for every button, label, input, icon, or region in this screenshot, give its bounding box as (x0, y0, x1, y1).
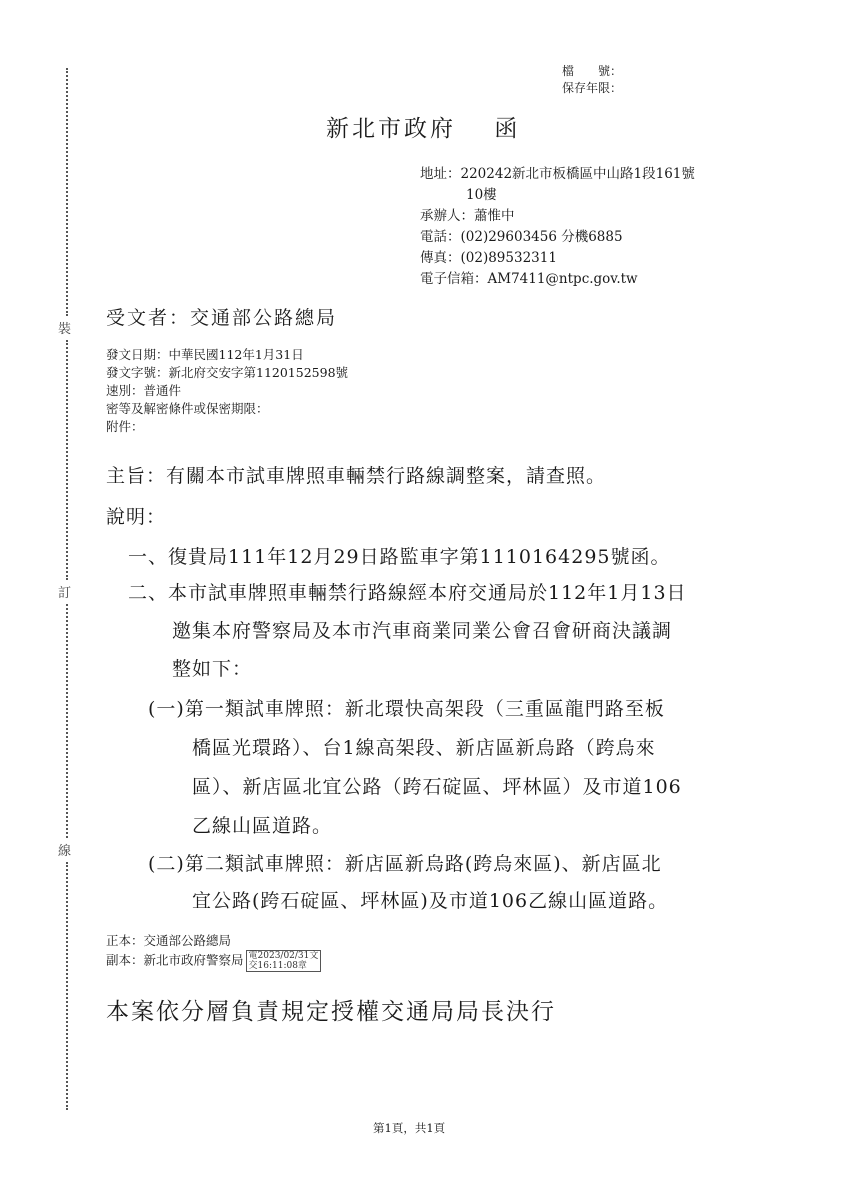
address-line-1: 地址：220242新北市板橋區中山路1段161號 (420, 164, 695, 185)
speed-class: 速別：普通件 (106, 382, 348, 400)
recipient: 受文者：交通部公路總局 (106, 303, 337, 330)
meta-block: 發文日期：中華民國112年1月31日 發文字號：新北府交安字第112015259… (106, 346, 348, 436)
explanation-item-2-line-3: 整如下： (172, 654, 252, 681)
explanation-label: 說明： (106, 502, 166, 529)
contact-block: 地址：220242新北市板橋區中山路1段161號 10樓 承辦人：蕭惟中 電話：… (420, 164, 695, 290)
duplicate-recipient: 副本：新北市政府警察局 (106, 953, 244, 968)
sub-item-1-line-4: 乙線山區道路。 (192, 811, 332, 838)
binding-line-top (66, 68, 68, 316)
issuing-org: 新北市政府 (326, 116, 456, 142)
doc-number: 發文字號：新北府交安字第1120152598號 (106, 364, 348, 382)
binding-label-xian: 線 (58, 840, 71, 859)
electronic-exchange-stamp: 電2023/02/31文交16:11:08章 (246, 950, 322, 972)
page-number: 第1頁，共1頁 (373, 1120, 445, 1136)
binding-label-zhuang: 裝 (58, 318, 71, 337)
address-line-2: 10樓 (420, 185, 695, 206)
phone: 電話：(02)29603456 分機6885 (420, 227, 695, 248)
sub-item-2-line-2: 宜公路(跨石碇區、坪林區)及市道106乙線山區道路。 (192, 886, 668, 913)
sub-item-2-line-1: (二)第二類試車牌照：新店區新烏路(跨烏來區)、新店區北 (148, 849, 662, 876)
delegation-statement: 本案依分層負責規定授權交通局局長決行 (106, 993, 556, 1026)
file-number-label: 檔 號： (562, 63, 622, 80)
issue-date: 發文日期：中華民國112年1月31日 (106, 346, 348, 364)
retention-label: 保存年限： (562, 80, 622, 97)
stamp-line-1: 電2023/02/31文 (249, 951, 319, 961)
explanation-item-2-line-2: 邀集本府警察局及本市汽車商業同業公會召會研商決議調 (172, 616, 672, 643)
secrecy: 密等及解密條件或保密期限： (106, 400, 348, 418)
binding-line-bottom (66, 862, 68, 1110)
sub-item-1-line-1: (一)第一類試車牌照：新北環快高架段（三重區龍門路至板 (148, 694, 665, 721)
sub-item-1-line-2: 橋區光環路）、台1線高架段、新店區新烏路（跨烏來 (192, 733, 656, 760)
explanation-item-1: 一、復貴局111年12月29日路監車字第1110164295號函。 (128, 542, 671, 569)
fax: 傳真：(02)89532311 (420, 248, 695, 269)
email: 電子信箱：AM7411@ntpc.gov.tw (420, 269, 695, 290)
sub-item-1-line-3: 區）、新店區北宜公路（跨石碇區、坪林區）及市道106 (192, 772, 682, 799)
binding-line-middle-2 (66, 604, 68, 838)
document-title: 新北市政府 函 (326, 110, 520, 143)
binding-label-ding: 訂 (58, 582, 71, 601)
duplicate-recipient-row: 副本：新北市政府警察局電2023/02/31文交16:11:08章 (106, 950, 321, 972)
binding-line-middle-1 (66, 340, 68, 580)
explanation-item-2-line-1: 二、本市試車牌照車輛禁行路線經本府交通局於112年1月13日 (128, 578, 687, 605)
handler: 承辦人：蕭惟中 (420, 206, 695, 227)
attachment: 附件： (106, 418, 348, 436)
subject: 主旨：有關本市試車牌照車輛禁行路線調整案，請查照。 (106, 461, 606, 488)
stamp-line-2: 交16:11:08章 (249, 961, 307, 971)
document-type: 函 (494, 116, 520, 142)
original-recipient: 正本：交通部公路總局 (106, 932, 231, 950)
